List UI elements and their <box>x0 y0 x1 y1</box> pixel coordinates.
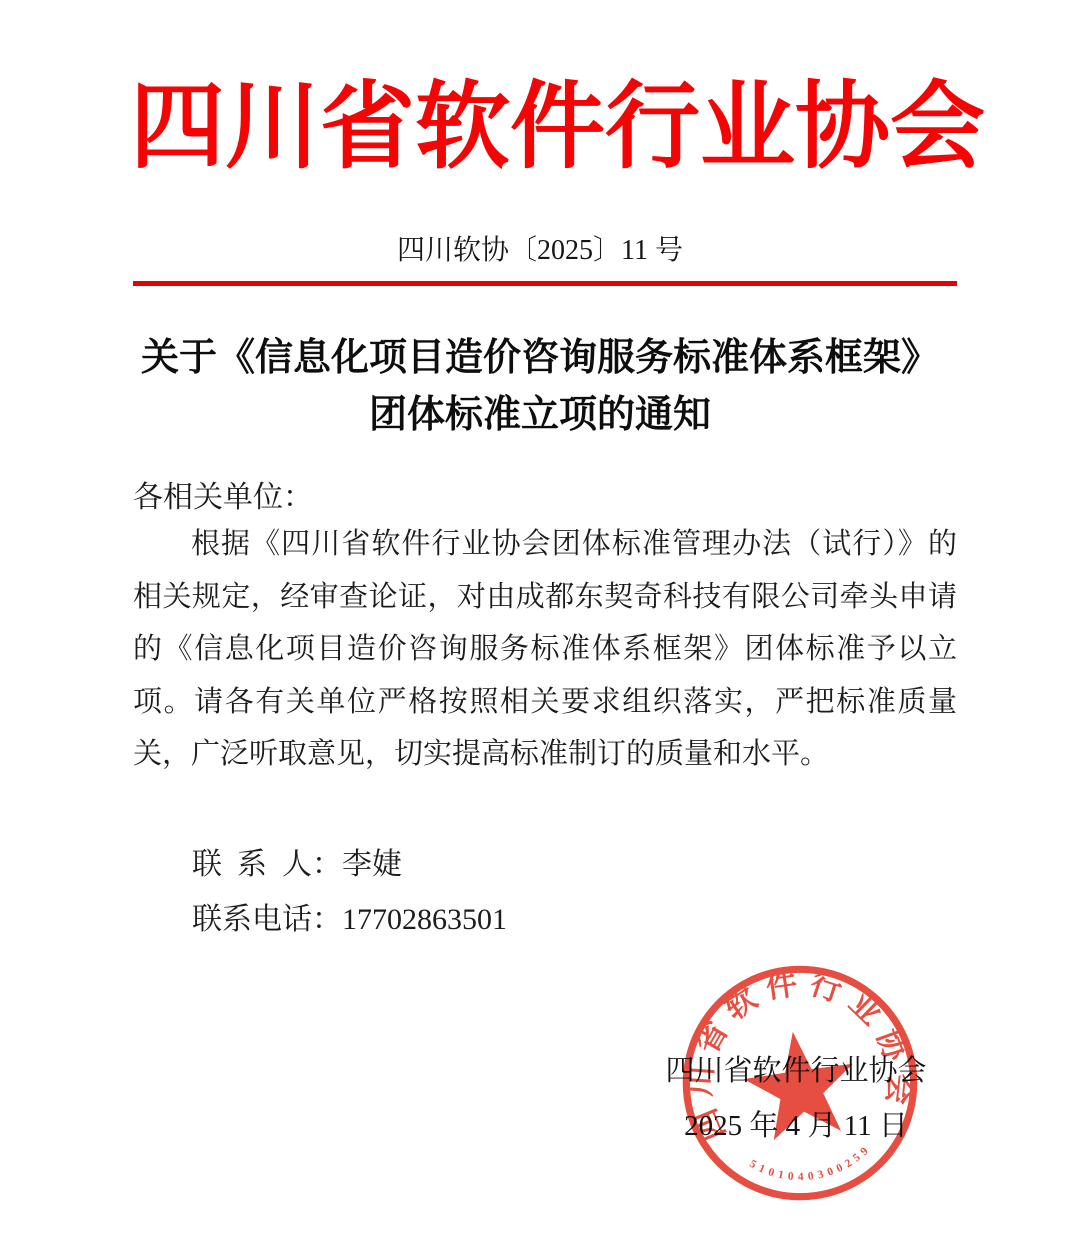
notice-title: 关于《信息化项目造价咨询服务标准体系框架》 团体标准立项的通知 <box>80 330 1000 444</box>
document-number: 四川软协〔2025〕11 号 <box>0 228 1080 268</box>
letterhead-org-name: 四川省软件行业协会 <box>130 76 952 178</box>
contact-phone-separator: ： <box>312 903 342 936</box>
seal-star-icon <box>738 1024 862 1143</box>
contact-phone-row: 联系电话：17702863501 <box>192 892 507 947</box>
red-divider-line <box>133 281 957 286</box>
contact-phone-label: 联系电话 <box>192 892 312 947</box>
notice-title-line2: 团体标准立项的通知 <box>80 387 1000 444</box>
notice-document-page: 四川省软件行业协会 四川软协〔2025〕11 号 关于《信息化项目造价咨询服务标… <box>0 0 1080 1244</box>
contact-person-value: 李婕 <box>342 848 402 881</box>
contact-phone-value: 17702863501 <box>342 903 507 936</box>
official-seal: 四川省软件行业协会 5101040300259 <box>660 943 940 1223</box>
contact-person-label: 联系人 <box>192 837 312 892</box>
notice-title-line1: 关于《信息化项目造价咨询服务标准体系框架》 <box>80 330 1000 387</box>
contact-person-separator: ： <box>312 848 342 881</box>
contact-person-row: 联系人：李婕 <box>192 837 507 892</box>
contact-info: 联系人：李婕 联系电话：17702863501 <box>192 837 507 947</box>
salutation: 各相关单位： <box>133 472 313 516</box>
body-paragraph: 根据《四川省软件行业协会团体标准管理办法（试行）》的相关规定，经审查论证，对由成… <box>133 518 957 781</box>
